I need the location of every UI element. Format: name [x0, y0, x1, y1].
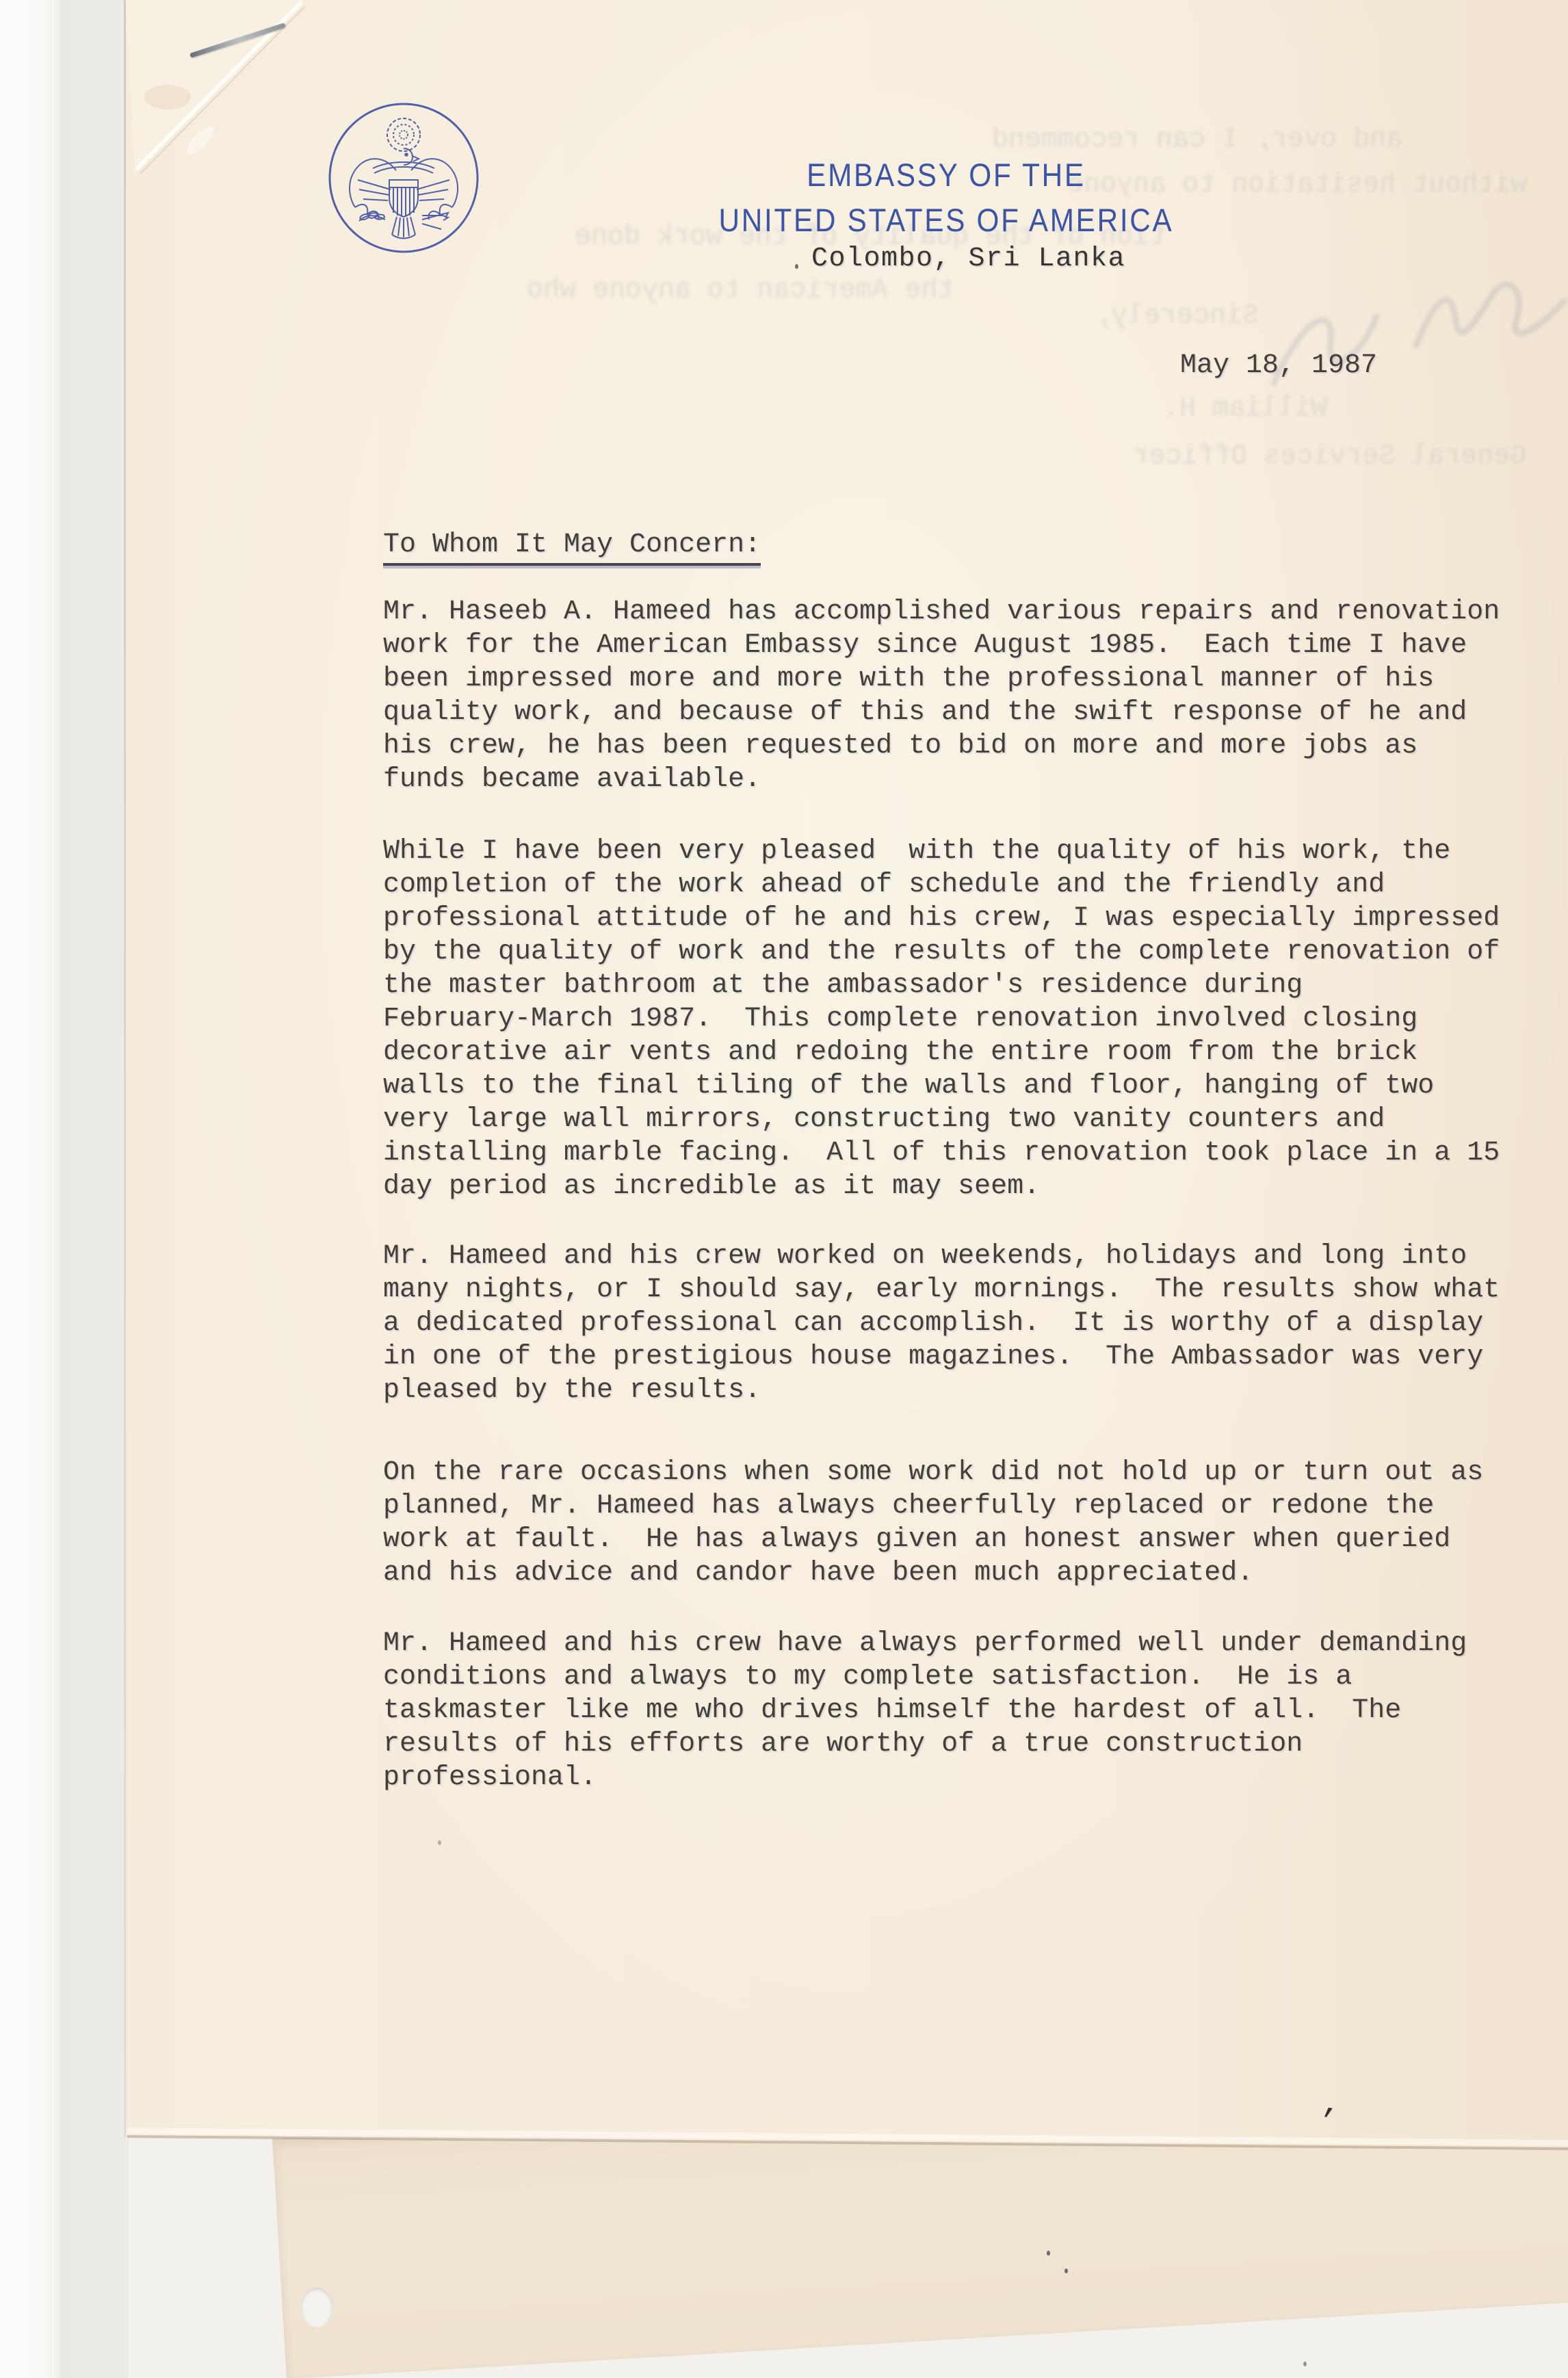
salutation: To Whom It May Concern: — [383, 528, 761, 563]
scanner-edge-strip — [0, 0, 60, 2378]
letterhead-location: Colombo, Sri Lanka — [811, 244, 1125, 274]
page-left-edge-shadow — [124, 0, 126, 2137]
dust-speck — [1064, 2269, 1068, 2273]
letter-sheet: and over, I can recommend without hesita… — [0, 0, 1568, 2378]
bleed-through-signature — [0, 0, 1568, 616]
dust-speck — [795, 264, 798, 269]
dust-speck — [1047, 2251, 1050, 2256]
scanned-letter-page: and over, I can recommend without hesita… — [0, 0, 1568, 2378]
paragraph: Mr. Hameed and his crew have always perf… — [383, 1627, 1467, 1794]
paragraph: On the rare occasions when some work did… — [383, 1456, 1483, 1590]
dust-speck — [1303, 2362, 1307, 2366]
paragraph: While I have been very pleased with the … — [383, 835, 1500, 1203]
paragraph: Mr. Haseeb A. Hameed has accomplished va… — [383, 595, 1500, 796]
letter-date: May 18, 1987 — [1180, 349, 1377, 382]
dust-speck — [438, 1840, 441, 1845]
scanner-background — [60, 0, 129, 2378]
salutation-text: To Whom It May Concern: — [383, 528, 761, 563]
stray-ink-mark: ’ — [1316, 2103, 1340, 2141]
letterhead-line2: UNITED STATES OF AMERICA — [607, 201, 1285, 239]
letterhead-line1: EMBASSY OF THE — [607, 156, 1285, 194]
paragraph: Mr. Hameed and his crew worked on weeken… — [383, 1240, 1500, 1407]
punch-hole — [301, 2288, 332, 2327]
